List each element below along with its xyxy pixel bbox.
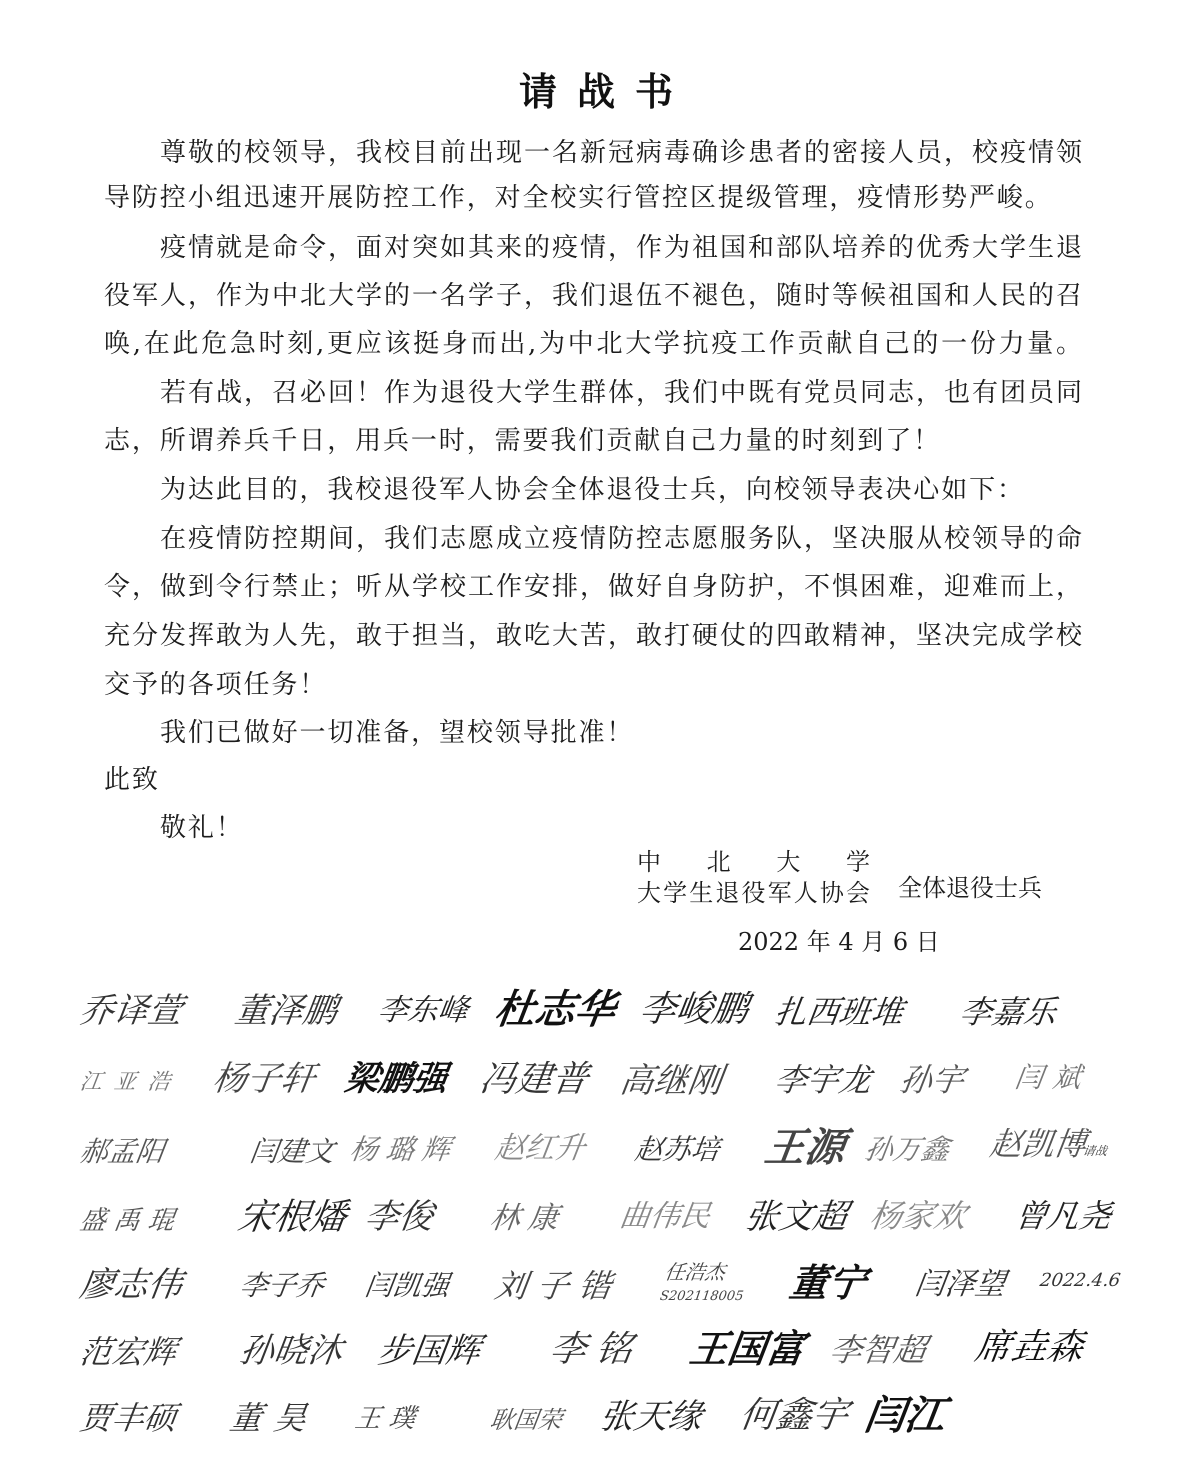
signature: 梁鹏强 (343, 1062, 450, 1096)
signature: 郝孟阳 (78, 1138, 166, 1166)
signature: 杜志华 (492, 990, 618, 1030)
signature: 董昊 (228, 1402, 321, 1434)
signature-note: S202118005 (659, 1290, 744, 1303)
signature: 赵红升 (493, 1134, 587, 1164)
signature: 王璞 (353, 1406, 425, 1432)
signature: 何鑫宇 (737, 1398, 850, 1434)
signature: 冯建普 (477, 1062, 590, 1098)
signature: 董泽鹏 (233, 994, 340, 1028)
paragraph-3-line-2: 志，所谓养兵千日，用兵一时，需要我们贡献自己力量的时刻到了！ (104, 423, 1082, 459)
paragraph-5-line-2: 令，做到令行禁止；听从学校工作安排，做好自身防护，不惧困难，迎难而上， (104, 569, 1082, 605)
signature: 乔译萱 (78, 994, 185, 1028)
signature: 董宁 (787, 1264, 868, 1302)
signature: 孙宇 (898, 1064, 967, 1096)
signature: 闫建文 (248, 1138, 336, 1166)
signoff-org-line-2: 大学生退役军人协会 (637, 877, 870, 909)
signature: 步国辉 (376, 1334, 483, 1368)
signoff-group: 全体退役士兵 (898, 872, 1068, 904)
signature: 李东峰 (376, 996, 470, 1026)
signature: 张天缘 (598, 1400, 705, 1434)
signature: 张文超 (743, 1200, 850, 1234)
paragraph-5-line-4: 交予的各项任务！ (104, 667, 1082, 703)
signature: 李嘉乐 (958, 996, 1059, 1028)
signature: 曲伟民 (618, 1202, 712, 1232)
signature: 扎西班堆 (773, 996, 906, 1028)
signature: 杨璐辉 (348, 1136, 460, 1164)
signature: 赵凯博 (988, 1128, 1089, 1160)
signature: 廖志伟 (78, 1268, 185, 1302)
signature: 李俊 (363, 1200, 436, 1234)
paragraph-5-line-3: 充分发挥敢为人先，敢于担当，敢吃大苦，敢打硬仗的四敢精神，坚决完成学校 (104, 618, 1082, 654)
paragraph-5-line-1: 在疫情防控期间，我们志愿成立疫情防控志愿服务队，坚决服从校领导的命 (160, 521, 1082, 557)
paragraph-2-line-2: 役军人，作为中北大学的一名学子，我们退伍不褪色，随时等候祖国和人民的召 (104, 278, 1082, 314)
signature: 李峻鹏 (637, 992, 750, 1028)
paragraph-2-line-1: 疫情就是命令，面对突如其来的疫情，作为祖国和部队培养的优秀大学生退 (160, 230, 1082, 266)
signature: 杨家欢 (868, 1200, 969, 1232)
signature: 任浩杰 (664, 1262, 727, 1282)
signature: 盛禹琨 (78, 1208, 184, 1234)
document-title: 请战书 (0, 66, 1192, 118)
paragraph-3-line-1: 若有战，召必回！作为退役大学生群体，我们中既有党员同志，也有团员同 (160, 375, 1082, 411)
petition-document: 请战书 尊敬的校领导，我校目前出现一名新冠病毒确诊患者的密接人员，校疫情领 导防… (0, 0, 1192, 1462)
signature: 杨子轩 (211, 1062, 318, 1096)
signature: 高继刚 (618, 1064, 725, 1098)
signature: 李子乔 (238, 1272, 326, 1300)
signature: 李智超 (828, 1334, 929, 1366)
signature: 孙晓沐 (238, 1334, 345, 1368)
signature: 贾丰硕 (78, 1402, 179, 1434)
signature: 王源 (762, 1128, 848, 1168)
salutation: 此致 (104, 762, 1082, 798)
paragraph-6-line-1: 我们已做好一切准备，望校领导批准！ (160, 715, 1082, 751)
regards: 敬礼！ (160, 810, 1082, 846)
paragraph-2-line-3: 唤,在此危急时刻,更应该挺身而出,为中北大学抗疫工作贡献自己的一份力量。 (104, 326, 1082, 362)
paragraph-4-line-1: 为达此目的，我校退役军人协会全体退役士兵，向校领导表决心如下： (160, 472, 1082, 508)
signature: 李铭 (547, 1332, 644, 1368)
signature: 赵苏培 (633, 1136, 721, 1164)
signature: 曾凡尧 (1013, 1200, 1114, 1232)
paragraph-1-line-2: 导防控小组迅速开展防控工作，对全校实行管控区提级管理，疫情形势严峻。 (104, 180, 1082, 216)
signature-date: 2022.4.6 (1039, 1272, 1122, 1290)
signature: 闫泽望 (913, 1270, 1007, 1300)
signature: 闫凯强 (363, 1272, 451, 1300)
signature: 席垚森 (972, 1330, 1085, 1366)
signoff-org-line-1: 中北大学 (637, 846, 870, 878)
signature: 耿国荣 (488, 1408, 563, 1432)
signature: 范宏辉 (78, 1336, 179, 1368)
signature: 闫江 (862, 1396, 948, 1436)
signature: 孙万鑫 (863, 1136, 951, 1164)
signature: 江亚浩 (78, 1072, 183, 1094)
signature: 王国富 (687, 1330, 806, 1368)
signature-note: 请战 (1082, 1145, 1108, 1157)
signature: 李宇龙 (773, 1064, 874, 1096)
paragraph-1-line-1: 尊敬的校领导，我校目前出现一名新冠病毒确诊患者的密接人员，校疫情领 (160, 135, 1082, 171)
signature: 闫斌 (1013, 1064, 1093, 1092)
signature: 宋根燔 (235, 1200, 348, 1236)
signoff-date: 2022 年 4 月 6 日 (738, 926, 948, 958)
signature: 刘子锴 (493, 1270, 624, 1302)
signature: 林康 (488, 1204, 568, 1234)
